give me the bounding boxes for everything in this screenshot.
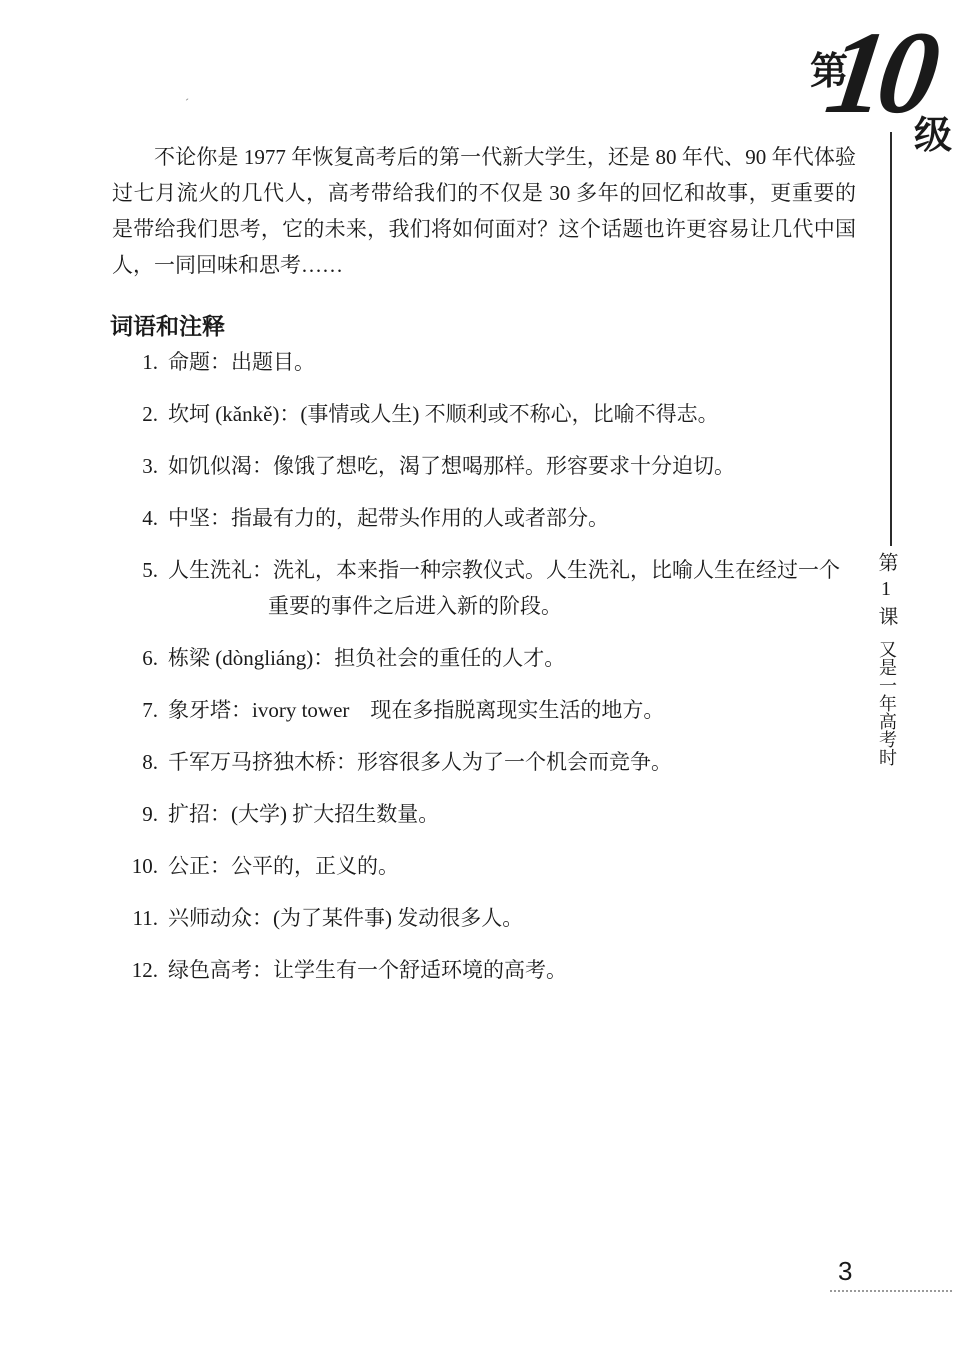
glossary-item: 1. 命题：出题目。 (112, 344, 856, 380)
glossary-item: 8. 千军万马挤独木桥：形容很多人为了一个机会而竞争。 (112, 744, 856, 780)
textbook-page: ˊ 第 10 级 第1课 又是一年高考时 不论你是 1977 年恢复高考后的第一… (0, 0, 960, 1369)
item-number: 3. (112, 448, 168, 484)
glossary-heading: 词语和注释 (110, 308, 225, 341)
item-text: 如饥似渴：像饿了想吃，渴了想喝那样。形容要求十分迫切。 (168, 448, 856, 484)
item-text: 栋梁 (dòngliáng)：担负社会的重任的人才。 (168, 640, 856, 676)
item-number: 1. (112, 344, 168, 380)
page-number: 3 (838, 1256, 852, 1287)
scan-artifact-mark: ˊ (185, 96, 189, 111)
item-number: 2. (112, 396, 168, 432)
item-text: 兴师动众：(为了某件事) 发动很多人。 (168, 900, 856, 936)
item-text: 命题：出题目。 (168, 344, 856, 380)
glossary-item: 12. 绿色高考：让学生有一个舒适环境的高考。 (112, 952, 856, 988)
sidebar-lesson-title: 又是一年高考时 (874, 640, 900, 766)
item-text: 千军万马挤独木桥：形容很多人为了一个机会而竞争。 (168, 744, 856, 780)
glossary-item: 6. 栋梁 (dòngliáng)：担负社会的重任的人才。 (112, 640, 856, 676)
item-text: 绿色高考：让学生有一个舒适环境的高考。 (168, 952, 856, 988)
glossary-item: 7. 象牙塔：ivory tower 现在多指脱离现实生活的地方。 (112, 692, 856, 728)
glossary-list: 1. 命题：出题目。 2. 坎坷 (kǎnkě)：(事情或人生) 不顺利或不称心… (112, 344, 856, 1004)
item-number: 12. (112, 952, 168, 988)
sidebar-lesson-number: 第1课 (872, 552, 901, 632)
glossary-item: 10. 公正：公平的，正义的。 (112, 848, 856, 884)
glossary-item: 3. 如饥似渴：像饿了想吃，渴了想喝那样。形容要求十分迫切。 (112, 448, 856, 484)
glossary-item: 2. 坎坷 (kǎnkě)：(事情或人生) 不顺利或不称心，比喻不得志。 (112, 396, 856, 432)
item-text-line1: 人生洗礼：洗礼，本来指一种宗教仪式。人生洗礼，比喻人生在经过一个 (168, 558, 840, 582)
item-text: 中坚：指最有力的，起带头作用的人或者部分。 (168, 500, 856, 536)
glossary-item: 11. 兴师动众：(为了某件事) 发动很多人。 (112, 900, 856, 936)
item-number: 11. (112, 900, 168, 936)
footer-dotted-rule (830, 1290, 952, 1292)
item-text-line2: 重要的事件之后进入新的阶段。 (168, 588, 856, 624)
item-number: 4. (112, 500, 168, 536)
intro-paragraph: 不论你是 1977 年恢复高考后的第一代新大学生，还是 80 年代、90 年代体… (112, 139, 856, 283)
vertical-rule (890, 132, 892, 546)
item-text: 扩招：(大学) 扩大招生数量。 (168, 796, 856, 832)
item-number: 7. (112, 692, 168, 728)
item-number: 9. (112, 796, 168, 832)
item-number: 6. (112, 640, 168, 676)
item-text: 人生洗礼：洗礼，本来指一种宗教仪式。人生洗礼，比喻人生在经过一个 重要的事件之后… (168, 552, 856, 624)
item-text: 象牙塔：ivory tower 现在多指脱离现实生活的地方。 (168, 692, 856, 728)
item-number: 5. (112, 552, 168, 624)
item-text: 坎坷 (kǎnkě)：(事情或人生) 不顺利或不称心，比喻不得志。 (168, 396, 856, 432)
glossary-item: 5. 人生洗礼：洗礼，本来指一种宗教仪式。人生洗礼，比喻人生在经过一个 重要的事… (112, 552, 856, 624)
level-badge-suffix: 级 (914, 104, 952, 159)
item-text: 公正：公平的，正义的。 (168, 848, 856, 884)
glossary-item: 9. 扩招：(大学) 扩大招生数量。 (112, 796, 856, 832)
item-number: 10. (112, 848, 168, 884)
item-number: 8. (112, 744, 168, 780)
glossary-item: 4. 中坚：指最有力的，起带头作用的人或者部分。 (112, 500, 856, 536)
